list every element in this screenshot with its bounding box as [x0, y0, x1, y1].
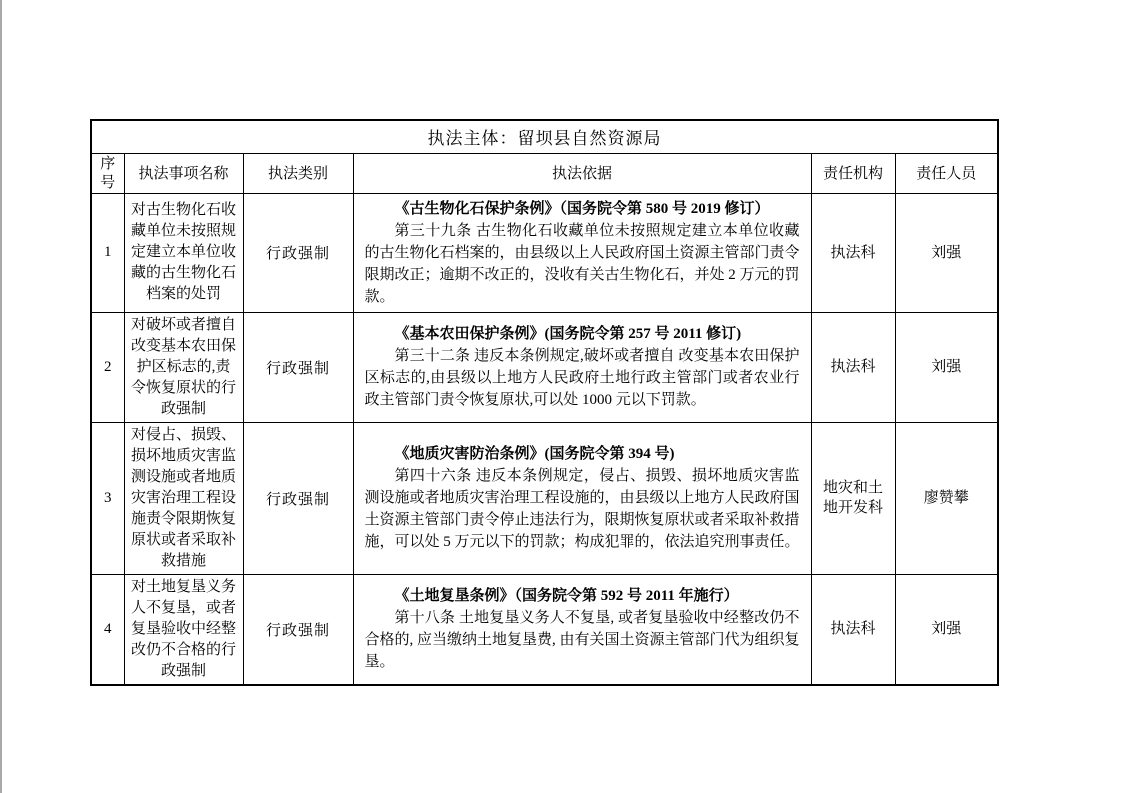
row-agency: 地灾和土地开发科: [811, 422, 895, 574]
row-matter-name: 对侵占、损毁、损坏地质灾害监测设施或者地质灾害治理工程设施责令限期恢复原状或者采…: [124, 422, 243, 574]
row-basis: 《基本农田保护条例》(国务院令第 257 号 2011 修订) 第三十二条 违反…: [353, 312, 811, 422]
table-title: 执法主体：留坝县自然资源局: [91, 120, 998, 153]
row-agency: 执法科: [811, 193, 895, 312]
row-person: 刘强: [895, 312, 998, 422]
row-category: 行政强制: [243, 574, 353, 685]
header-agency: 责任机构: [811, 153, 895, 193]
row-basis: 《地质灾害防治条例》(国务院令第 394 号) 第四十六条 违反本条例规定，侵占…: [353, 422, 811, 574]
header-matter-name: 执法事项名称: [124, 153, 243, 193]
regulation-title: 《古生物化石保护条例》（国务院令第 580 号 2019 修订）: [365, 198, 800, 220]
row-category: 行政强制: [243, 422, 353, 574]
regulation-body: 第十八条 土地复垦义务人不复垦, 或者复垦验收中经整改仍不合格的, 应当缴纳土地…: [365, 607, 800, 673]
document-page: 执法主体：留坝县自然资源局 序号 执法事项名称 执法类别 执法依据 责任机构 责…: [0, 0, 1122, 793]
table-row: 2 对破坏或者擅自改变基本农田保护区标志的,责令恢复原状的行政强制 行政强制 《…: [91, 312, 998, 422]
row-basis: 《土地复垦条例》（国务院令第 592 号 2011 年施行） 第十八条 土地复垦…: [353, 574, 811, 685]
table-row: 1 对古生物化石收藏单位未按照规定建立本单位收藏的古生物化石档案的处罚 行政强制…: [91, 193, 998, 312]
row-person: 刘强: [895, 193, 998, 312]
row-matter-name: 对破坏或者擅自改变基本农田保护区标志的,责令恢复原状的行政强制: [124, 312, 243, 422]
row-person: 刘强: [895, 574, 998, 685]
row-category: 行政强制: [243, 193, 353, 312]
row-agency: 执法科: [811, 312, 895, 422]
header-category: 执法类别: [243, 153, 353, 193]
row-seq: 1: [91, 193, 124, 312]
row-person: 廖赞攀: [895, 422, 998, 574]
row-matter-name: 对古生物化石收藏单位未按照规定建立本单位收藏的古生物化石档案的处罚: [124, 193, 243, 312]
row-seq: 2: [91, 312, 124, 422]
row-seq: 4: [91, 574, 124, 685]
table-row: 4 对土地复垦义务人不复垦，或者复垦验收中经整改仍不合格的行政强制 行政强制 《…: [91, 574, 998, 685]
row-seq: 3: [91, 422, 124, 574]
header-seq: 序号: [91, 153, 124, 193]
regulation-body: 第三十九条 古生物化石收藏单位未按照规定建立本单位收藏的古生物化石档案的，由县级…: [365, 220, 800, 308]
regulation-body: 第四十六条 违反本条例规定，侵占、损毁、损坏地质灾害监测设施或者地质灾害治理工程…: [365, 465, 800, 553]
row-basis: 《古生物化石保护条例》（国务院令第 580 号 2019 修订） 第三十九条 古…: [353, 193, 811, 312]
header-person: 责任人员: [895, 153, 998, 193]
table-title-row: 执法主体：留坝县自然资源局: [91, 120, 998, 153]
row-category: 行政强制: [243, 312, 353, 422]
regulation-title: 《地质灾害防治条例》(国务院令第 394 号): [365, 443, 800, 465]
regulation-body: 第三十二条 违反本条例规定,破坏或者擅自 改变基本农田保护区标志的,由县级以上地…: [365, 345, 800, 411]
row-matter-name: 对土地复垦义务人不复垦，或者复垦验收中经整改仍不合格的行政强制: [124, 574, 243, 685]
regulation-title: 《基本农田保护条例》(国务院令第 257 号 2011 修订): [365, 323, 800, 345]
enforcement-table: 执法主体：留坝县自然资源局 序号 执法事项名称 执法类别 执法依据 责任机构 责…: [90, 119, 999, 686]
regulation-title: 《土地复垦条例》（国务院令第 592 号 2011 年施行）: [365, 585, 800, 607]
table-row: 3 对侵占、损毁、损坏地质灾害监测设施或者地质灾害治理工程设施责令限期恢复原状或…: [91, 422, 998, 574]
header-basis: 执法依据: [353, 153, 811, 193]
table-header-row: 序号 执法事项名称 执法类别 执法依据 责任机构 责任人员: [91, 153, 998, 193]
row-agency: 执法科: [811, 574, 895, 685]
